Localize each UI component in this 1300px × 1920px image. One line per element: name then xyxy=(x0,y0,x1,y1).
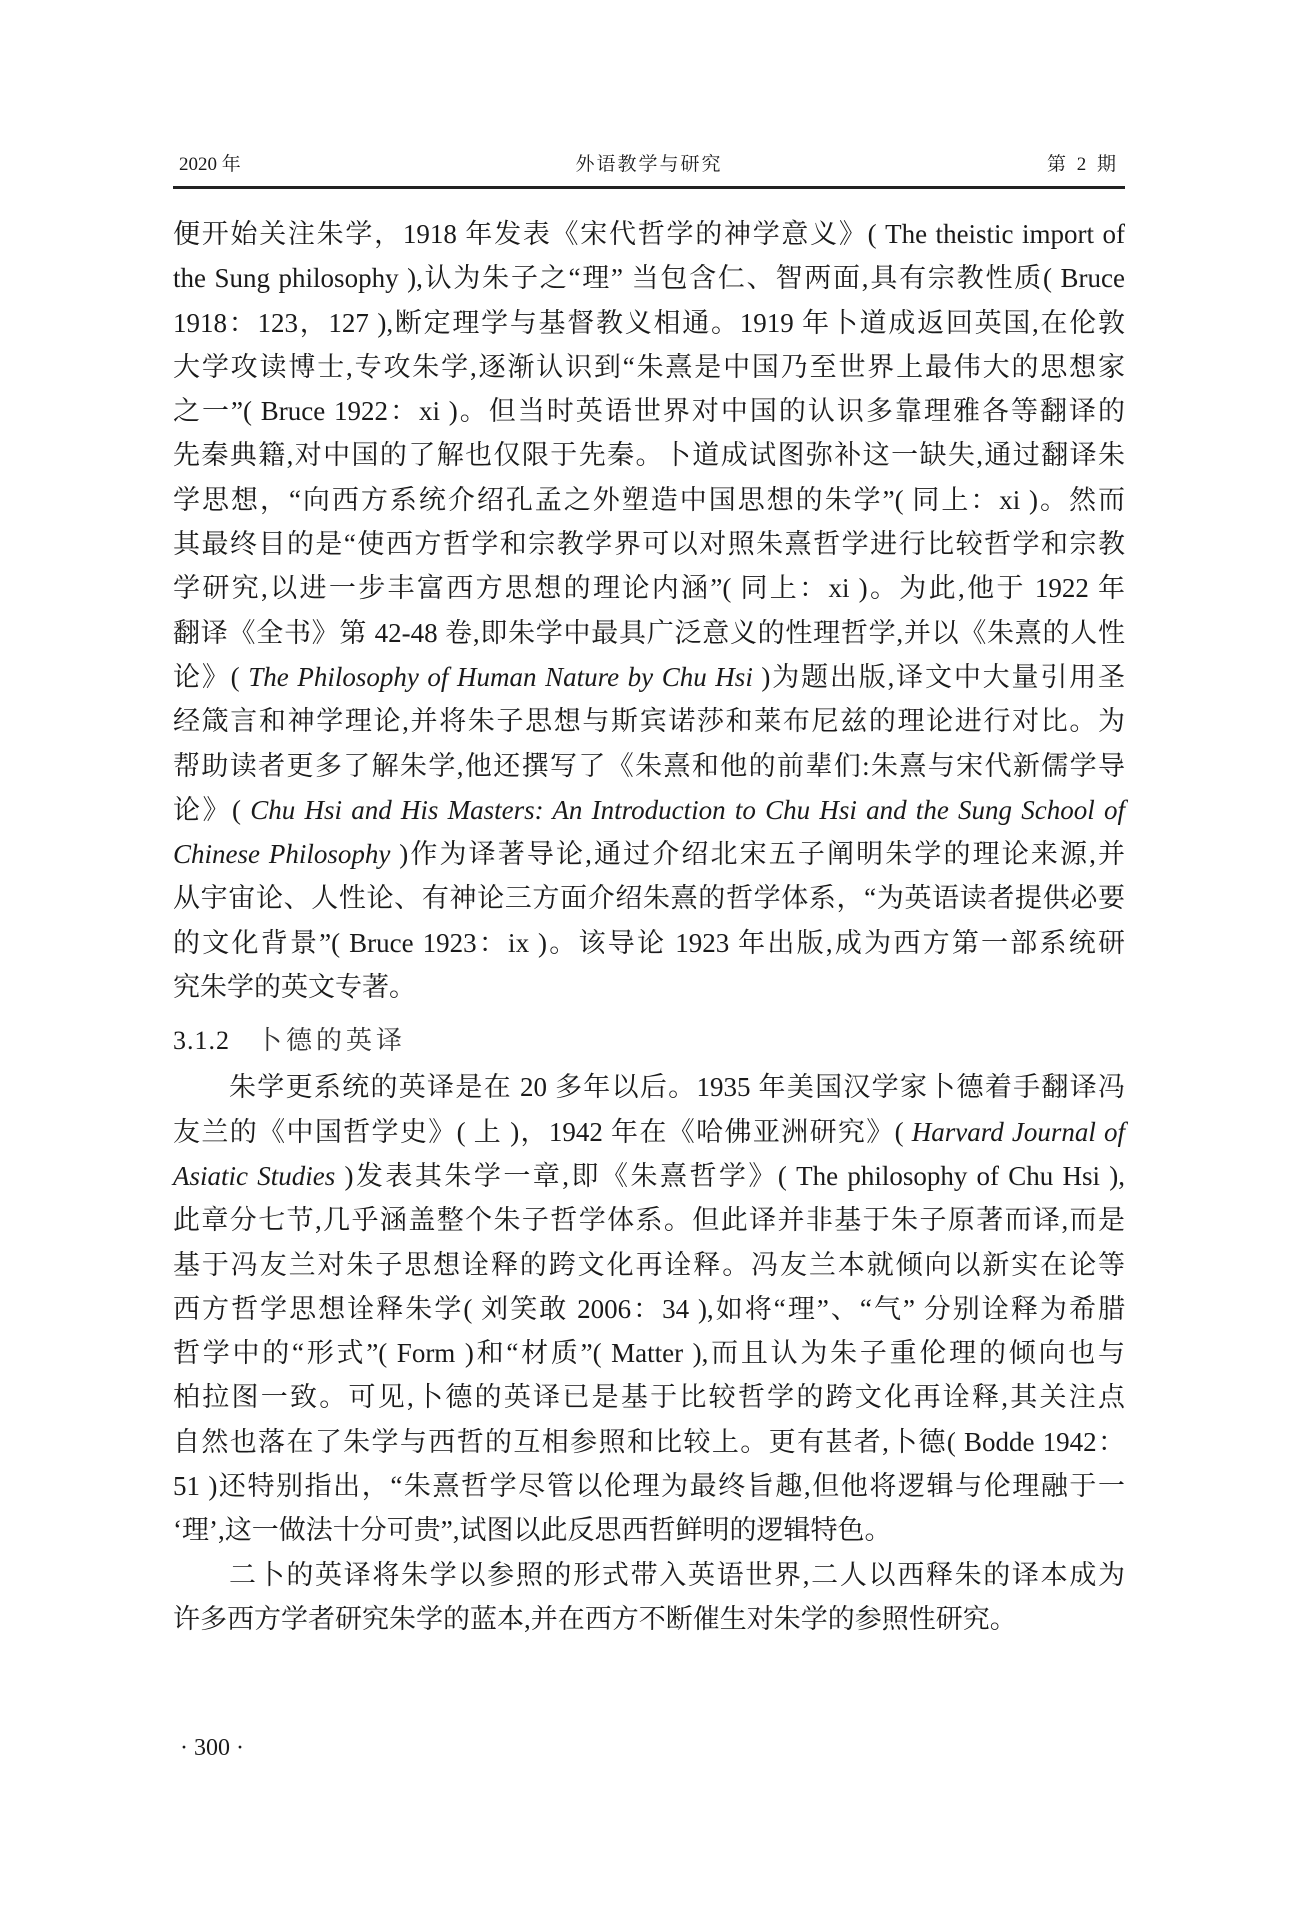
text-line: 论》( The Philosophy of Human Nature by Ch… xyxy=(173,655,1125,699)
text-line: 西方哲学思想诠释朱学( 刘笑敢 2006：34 ),如将“理”、“气” 分别诠释… xyxy=(173,1287,1125,1331)
section-heading: 3.1.2卜德的英译 xyxy=(173,1019,1125,1065)
text-line: 基于冯友兰对朱子思想诠释的跨文化再诠释。冯友兰本就倾向以新实在论等 xyxy=(173,1243,1125,1287)
text-fragment: )为题出版,译文中大量引用圣 xyxy=(753,662,1125,692)
text-line: 哲学中的“形式”( Form )和“材质”( Matter ),而且认为朱子重伦… xyxy=(173,1331,1125,1375)
text-line: 翻译《全书》第 42-48 卷,即朱学中最具广泛意义的性理哲学,并以《朱熹的人性 xyxy=(173,611,1125,655)
text-line: 大学攻读博士,专攻朱学,逐渐认识到“朱熹是中国乃至世界上最伟大的思想家 xyxy=(173,345,1125,389)
text-line: 经箴言和神学理论,并将朱子思想与斯宾诺莎和莱布尼兹的理论进行对比。为 xyxy=(173,699,1125,743)
text-line: Asiatic Studies )发表其朱学一章,即《朱熹哲学》( The ph… xyxy=(173,1154,1125,1198)
text-fragment: 论》( xyxy=(173,662,248,692)
text-line: 友兰的《中国哲学史》( 上 )，1942 年在《哈佛亚洲研究》( Harvard… xyxy=(173,1110,1125,1154)
text-line: 自然也落在了朱学与西哲的互相参照和比较上。更有甚者,卜德( Bodde 1942… xyxy=(173,1420,1125,1464)
text-line: 的文化背景”( Bruce 1923：ix )。该导论 1923 年出版,成为西… xyxy=(173,921,1125,965)
book-title-italic: Chu Hsi and His Masters: An Introduction… xyxy=(250,795,1125,825)
text-line: 朱学更系统的英译是在 20 多年以后。1935 年美国汉学家卜德着手翻译冯 xyxy=(173,1065,1125,1109)
journal-title-italic: Harvard Journal of xyxy=(912,1117,1125,1147)
text-line: 二卜的英译将朱学以参照的形式带入英语世界,二人以西释朱的译本成为 xyxy=(173,1553,1125,1597)
text-line: 其最终目的是“使西方哲学和宗教学界可以对照朱熹哲学进行比较哲学和宗教 xyxy=(173,522,1125,566)
running-header: 2020 年 外语教学与研究 第 2 期 xyxy=(173,143,1125,179)
section-number: 3.1.2 xyxy=(173,1026,230,1055)
text-line: 学思想，“向西方系统介绍孔孟之外塑造中国思想的朱学”( 同上：xi )。然而 xyxy=(173,478,1125,522)
text-line: the Sung philosophy ),认为朱子之“理” 当包含仁、智两面,… xyxy=(173,256,1125,300)
header-rule xyxy=(173,186,1125,189)
text-line: 先秦典籍,对中国的了解也仅限于先秦。卜道成试图弥补这一缺失,通过翻译朱 xyxy=(173,433,1125,477)
text-line: 论》( Chu Hsi and His Masters: An Introduc… xyxy=(173,788,1125,832)
text-line: ‘理’,这一做法十分可贵”,试图以此反思西哲鲜明的逻辑特色。 xyxy=(173,1508,1125,1552)
text-fragment: )作为译著导论,通过介绍北宋五子阐明朱学的理论来源,并 xyxy=(390,839,1125,869)
text-line: 从宇宙论、人性论、有神论三方面介绍朱熹的哲学体系，“为英语读者提供必要 xyxy=(173,876,1125,920)
book-title-italic: Chinese Philosophy xyxy=(173,839,390,869)
text-line: Chinese Philosophy )作为译著导论,通过介绍北宋五子阐明朱学的… xyxy=(173,832,1125,876)
text-line: 1918：123，127 ),断定理学与基督教义相通。1919 年卜道成返回英国… xyxy=(173,301,1125,345)
text-line: 此章分七节,几乎涵盖整个朱子哲学体系。但此译并非基于朱子原著而译,而是 xyxy=(173,1198,1125,1242)
text-line: 许多西方学者研究朱学的蓝本,并在西方不断催生对朱学的参照性研究。 xyxy=(173,1597,1125,1641)
text-line: 学研究,以进一步丰富西方思想的理论内涵”( 同上：xi )。为此,他于 1922… xyxy=(173,566,1125,610)
text-line: 之一”( Bruce 1922：xi )。但当时英语世界对中国的认识多靠理雅各等… xyxy=(173,389,1125,433)
text-fragment: 论》( xyxy=(173,795,250,825)
text-line: 柏拉图一致。可见,卜德的英译已是基于比较哲学的跨文化再诠释,其关注点 xyxy=(173,1375,1125,1419)
section-title: 卜德的英译 xyxy=(256,1026,406,1056)
header-issue: 第 2 期 xyxy=(1047,149,1119,176)
header-journal-title: 外语教学与研究 xyxy=(173,149,1125,176)
text-line: 究朱学的英文专著。 xyxy=(173,965,1125,1009)
journal-title-italic: Asiatic Studies xyxy=(173,1161,335,1191)
article-body: 便开始关注朱学，1918 年发表《宋代哲学的神学意义》( The theisti… xyxy=(173,212,1125,1641)
text-fragment: )发表其朱学一章,即《朱熹哲学》( The philosophy of Chu … xyxy=(335,1161,1125,1191)
text-line: 51 )还特别指出，“朱熹哲学尽管以伦理为最终旨趣,但他将逻辑与伦理融于一 xyxy=(173,1464,1125,1508)
text-fragment: 友兰的《中国哲学史》( 上 )，1942 年在《哈佛亚洲研究》( xyxy=(173,1117,912,1147)
book-title-italic: The Philosophy of Human Nature by Chu Hs… xyxy=(248,662,753,692)
text-line: 便开始关注朱学，1918 年发表《宋代哲学的神学意义》( The theisti… xyxy=(173,212,1125,256)
page-number: · 300 · xyxy=(180,1735,244,1762)
text-line: 帮助读者更多了解朱学,他还撰写了《朱熹和他的前辈们:朱熹与宋代新儒学导 xyxy=(173,744,1125,788)
